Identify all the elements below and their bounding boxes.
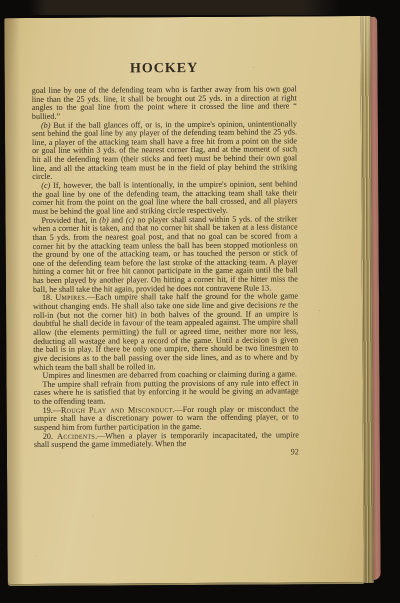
body-text: But if the ball glances off, or is, in t… bbox=[32, 119, 297, 181]
page-title: HOCKEY bbox=[32, 60, 297, 78]
page-surface: HOCKEY goal line by one of the defending… bbox=[4, 16, 363, 584]
paragraph: (c) If, however, the ball is intentional… bbox=[32, 180, 297, 216]
paragraph: (b) But if the ball glances off, or is, … bbox=[32, 120, 297, 182]
body-text: no player shall stand within 5 yds. of t… bbox=[33, 214, 298, 294]
paragraph: The umpire shall refrain from putting th… bbox=[33, 379, 298, 407]
body-text: If, however, the ball is intentionally, … bbox=[32, 179, 297, 216]
paragraph: 18. Umpires.—Each umpire shall take half… bbox=[33, 293, 298, 372]
paragraph: Provided that, in (b) and (c) no player … bbox=[32, 215, 297, 294]
page-content: HOCKEY goal line by one of the defending… bbox=[32, 60, 299, 458]
paragraph: 20. Accidents.—When a player is temporar… bbox=[34, 431, 299, 450]
body-text: The umpire shall refrain from putting th… bbox=[34, 378, 299, 406]
page-number: 92 bbox=[34, 448, 299, 458]
page-text: goal line by one of the defending team w… bbox=[32, 85, 299, 450]
paragraph: 19.—Rough Play and Misconduct.—For rough… bbox=[34, 405, 299, 433]
paragraph: goal line by one of the defending team w… bbox=[32, 85, 297, 121]
photo-backdrop: { "colors": { "backdrop": "#0b0a09", "st… bbox=[0, 0, 400, 603]
scanner-shadow-strip bbox=[28, 0, 340, 15]
body-text: goal line by one of the defending team w… bbox=[32, 84, 297, 121]
body-text: the roll-in (but not the corner hit) in … bbox=[33, 300, 298, 371]
book-page-scan: HOCKEY goal line by one of the defending… bbox=[4, 16, 380, 586]
